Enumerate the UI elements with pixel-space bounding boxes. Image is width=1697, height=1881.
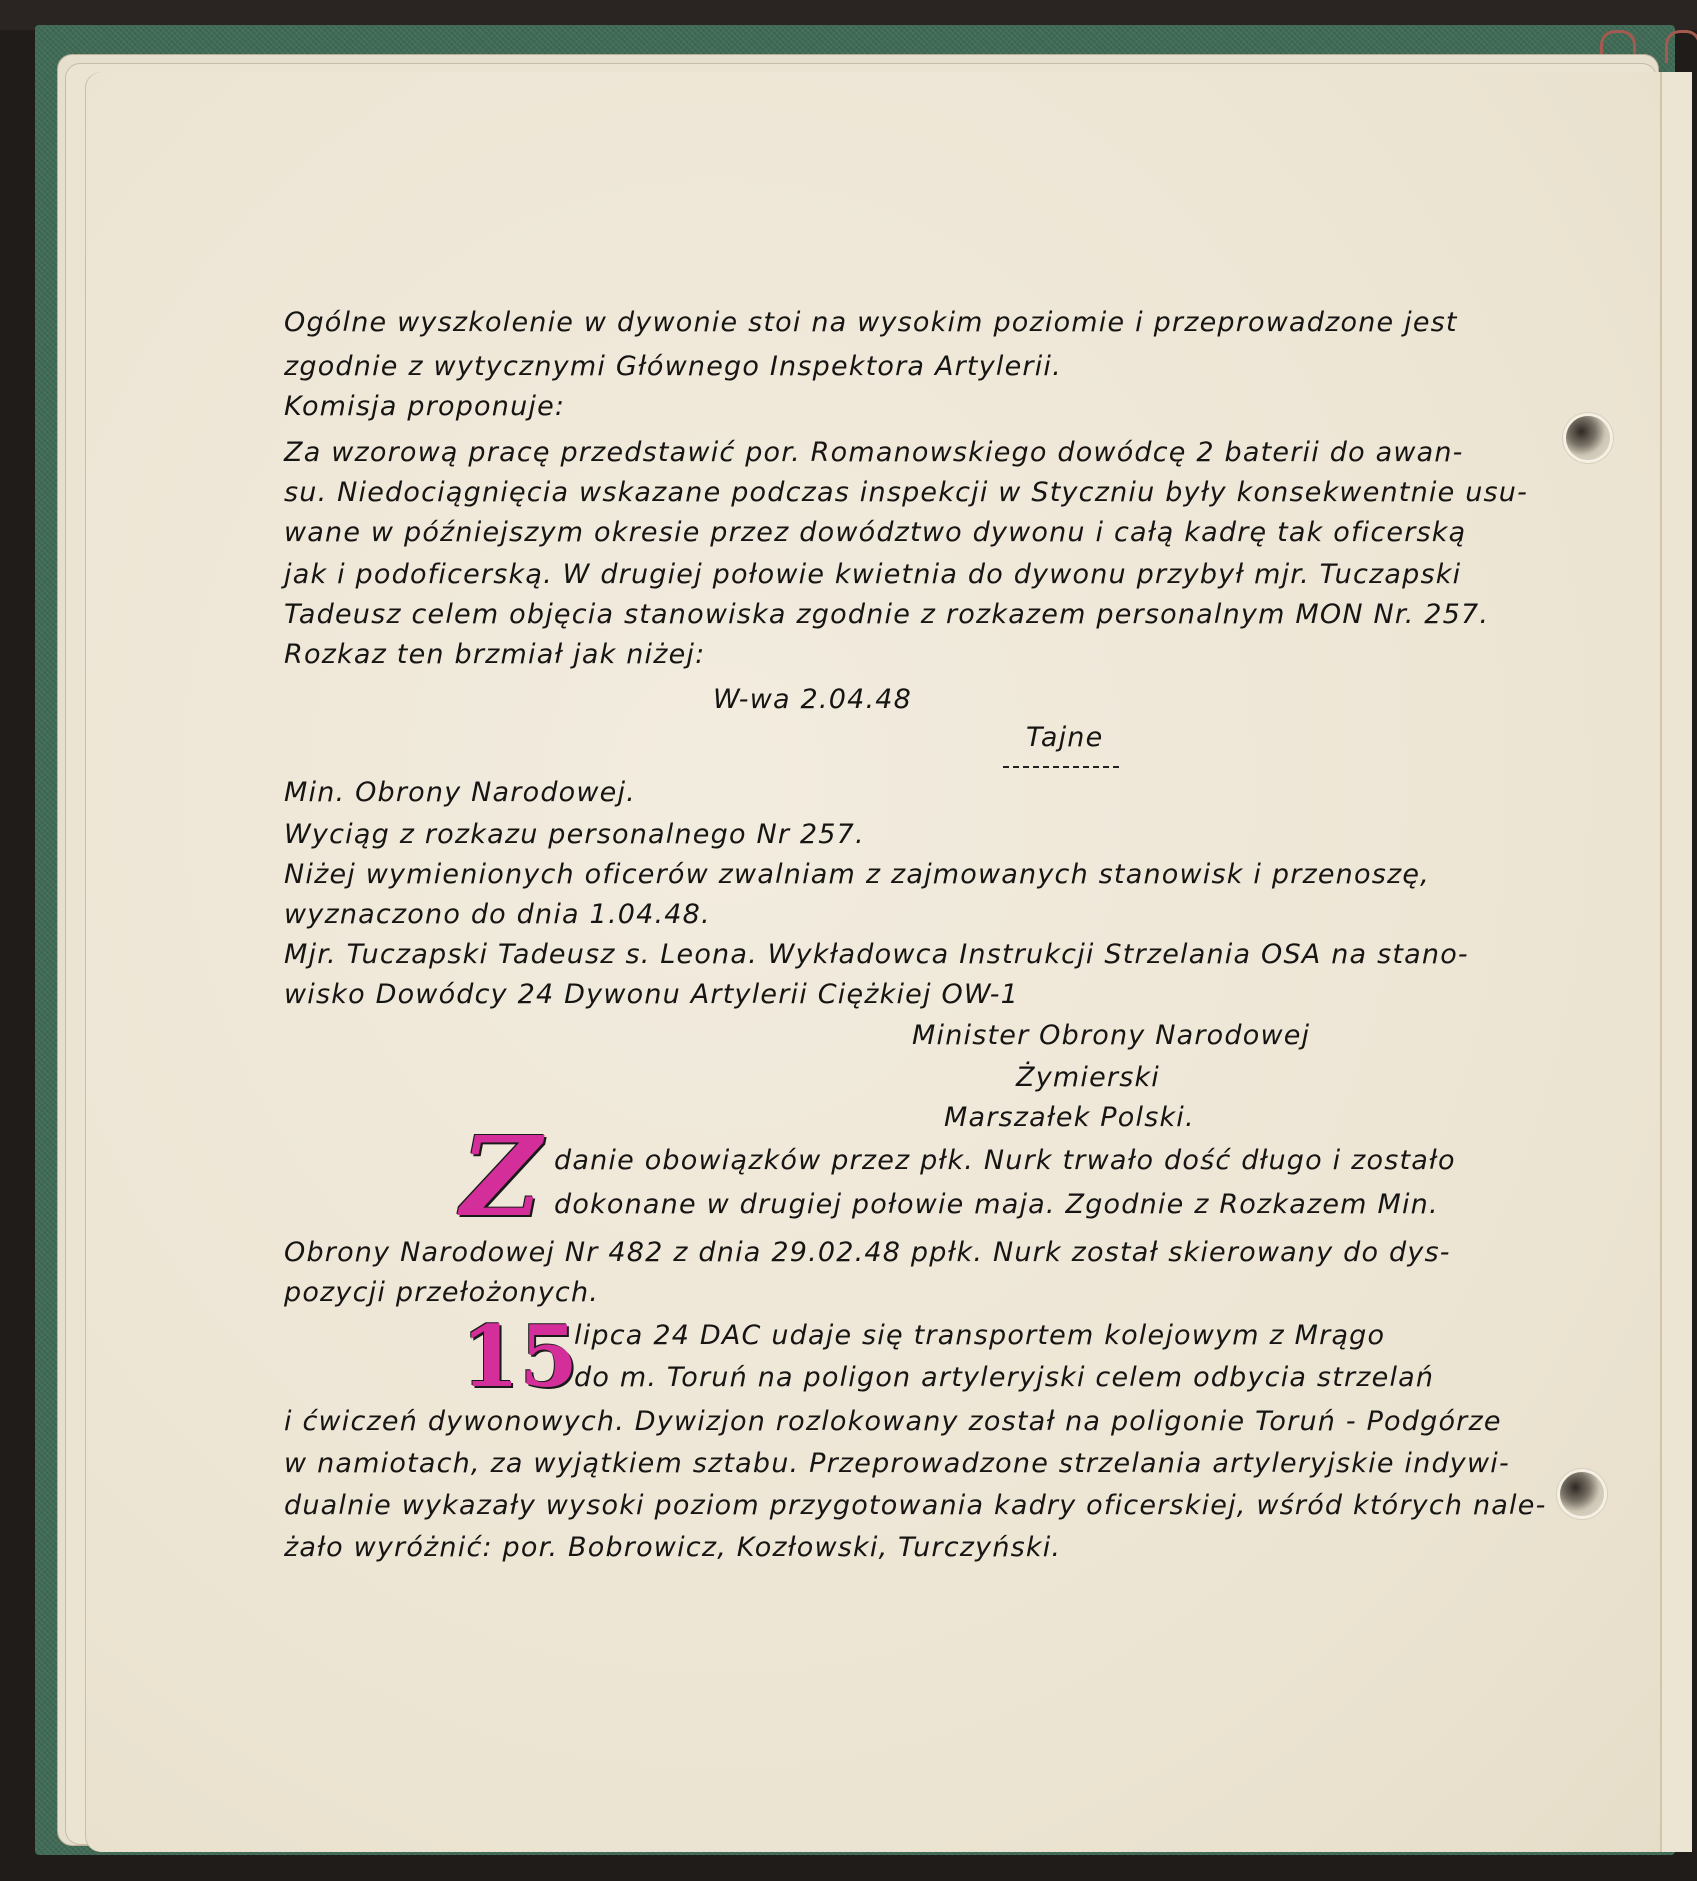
text-line: w namiotach, za wyjątkiem sztabu. Przepr… [284,1448,1510,1479]
text-line: lipca 24 DAC udaje się transportem kolej… [574,1320,1385,1351]
signature-rank: Marszałek Polski. [944,1102,1195,1133]
text-line: dokonane w drugiej połowie maja. Zgodnie… [554,1189,1439,1220]
punch-hole [1560,1472,1604,1516]
text-line: Tadeusz celem objęcia stanowiska zgodnie… [284,599,1489,630]
text-line: dualnie wykazały wysoki poziom przygotow… [284,1490,1547,1521]
text-line: Rozkaz ten brzmiał jak niżej: [284,639,705,670]
punch-hole [1566,416,1610,460]
text-line: Za wzorową pracę przedstawić por. Romano… [284,437,1464,468]
text-line: wisko Dowódcy 24 Dywonu Artylerii Ciężki… [284,979,1019,1010]
text-line: i ćwiczeń dywonowych. Dywizjon rozlokowa… [284,1406,1502,1437]
text-line: Mjr. Tuczapski Tadeusz s. Leona. Wykłado… [284,939,1469,970]
text-line: wane w późniejszym okresie przez dowództ… [284,517,1466,548]
classification-underline [1003,766,1119,768]
text-line: Wyciąg z rozkazu personalnego Nr 257. [284,819,865,850]
decorative-initial: Z [461,1122,541,1232]
text-line: żało wyróżnić: por. Bobrowicz, Kozłowski… [284,1532,1061,1563]
document-page: Ogólne wyszkolenie w dywonie stoi na wys… [86,72,1664,1852]
text-line: danie obowiązków przez płk. Nurk trwało … [554,1145,1456,1176]
text-line: Komisja proponuje: [284,391,565,422]
binder-ring [1665,30,1697,63]
signature-title: Minister Obrony Narodowej [912,1020,1310,1051]
adjacent-page-edge [1662,72,1692,1852]
text-line: Obrony Narodowej Nr 482 z dnia 29.02.48 … [284,1237,1451,1268]
text-line: su. Niedociągnięcia wskazane podczas ins… [284,477,1528,508]
text-line: do m. Toruń na poligon artyleryjski cele… [574,1362,1434,1393]
text-line: jak i podoficerską. W drugiej połowie kw… [284,559,1461,590]
text-line: wyznaczono do dnia 1.04.48. [284,899,711,930]
text-line: Min. Obrony Narodowej. [284,777,636,808]
order-classification: Tajne [1026,722,1103,753]
text-line: pozycji przełożonych. [284,1277,599,1308]
decorative-initial-number: 15 [461,1312,578,1402]
text-line: Ogólne wyszkolenie w dywonie stoi na wys… [284,307,1458,338]
text-line: Niżej wymienionych oficerów zwalniam z z… [284,859,1430,890]
signature-name: Żymierski [1016,1062,1160,1093]
text-line: zgodnie z wytycznymi Głównego Inspektora… [284,351,1062,382]
order-place-date: W-wa 2.04.48 [713,684,912,715]
